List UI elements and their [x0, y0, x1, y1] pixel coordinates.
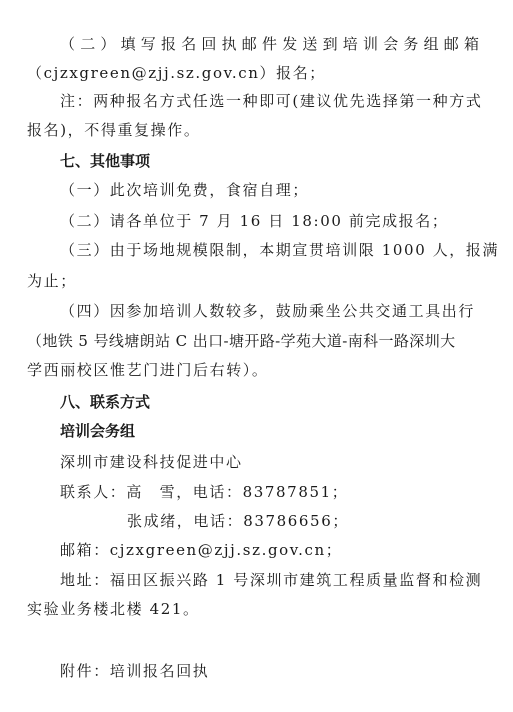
address-line: 地址：福田区振兴路 1 号深圳市建筑工程质量监督和检测: [60, 570, 482, 590]
contact-line: 张成绪，电话：83786656；: [127, 511, 349, 531]
list-item-continued: （地铁 5 号线塘朗站 C 出口-塘开路-学苑大道-南科一路深圳大: [27, 331, 456, 351]
list-item: （三）由于场地规模限制，本期宣贯培训限 1000 人，报满: [60, 240, 499, 260]
address-line: 实验业务楼北楼 421。: [27, 599, 200, 619]
note-line: 报名)，不得重复操作。: [27, 120, 200, 140]
paragraph-line: （二）填写报名回执邮件发送到培训会务组邮箱: [60, 34, 484, 54]
section-heading: 八、联系方式: [60, 392, 150, 412]
list-item: （一）此次培训免费，食宿自理；: [60, 180, 309, 200]
email-line: 邮箱：cjzxgreen@zjj.sz.gov.cn；: [60, 540, 342, 560]
attachment-line: 附件：培训报名回执: [60, 661, 209, 681]
paragraph-line: （cjzxgreen@zjj.sz.gov.cn）报名；: [27, 63, 326, 83]
list-item: （四）因参加培训人数较多，鼓励乘坐公共交通工具出行: [60, 301, 475, 321]
note-line: 注：两种报名方式任选一种即可(建议优先选择第一种方式: [60, 91, 482, 111]
list-item-continued: 为止；: [27, 271, 77, 291]
subheading: 培训会务组: [60, 421, 135, 441]
list-item: （二）请各单位于 7 月 16 日 18:00 前完成报名；: [60, 211, 448, 231]
section-heading: 七、其他事项: [60, 151, 150, 171]
contact-line: 联系人：高 雪，电话：83787851；: [60, 482, 348, 502]
organization-name: 深圳市建设科技促进中心: [60, 452, 243, 472]
list-item-continued: 学西丽校区惟艺门进门后右转）。: [27, 360, 269, 380]
